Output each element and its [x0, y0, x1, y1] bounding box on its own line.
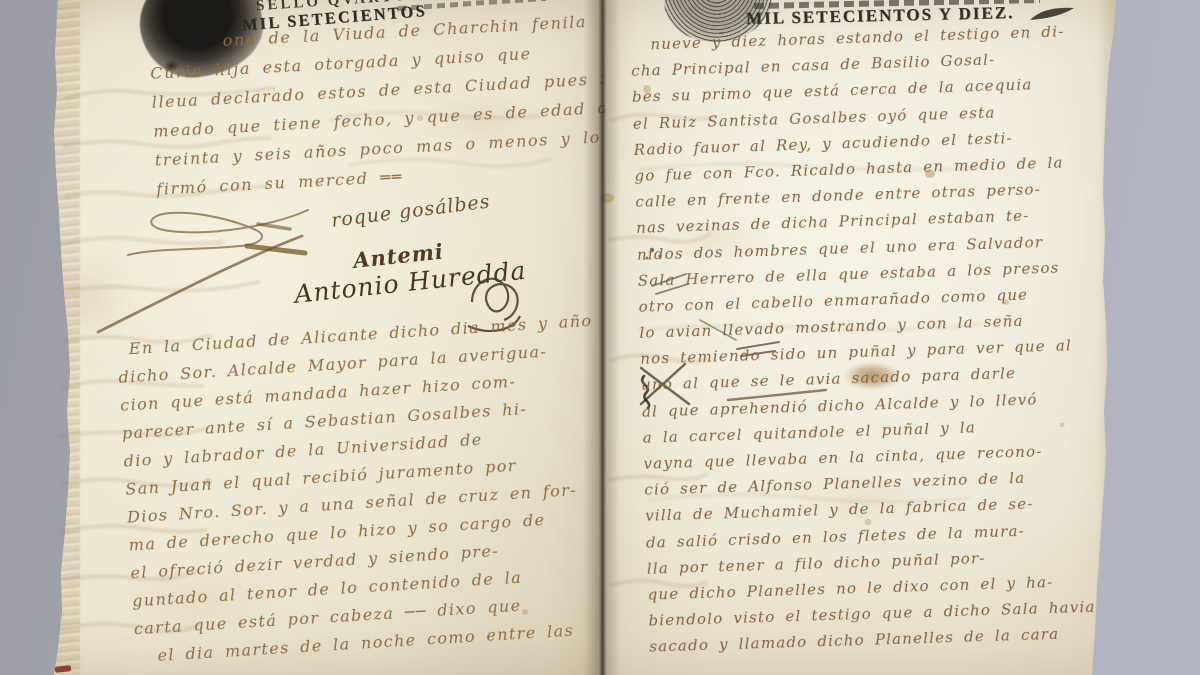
- left-page-body-paragraph: En la Ciudad de Alicante dicho dia mes y…: [116, 307, 618, 675]
- ink-stain-blot: [844, 362, 900, 390]
- right-page-body-paragraph: nueve y diez horas estando el testigo en…: [630, 17, 1130, 666]
- left-page-top-paragraph: ona de la Viuda de Charchin fenilaCuria …: [148, 6, 609, 209]
- book-gutter-fold-shadow: [584, 0, 620, 675]
- left-page-deckle-edge: [52, 0, 80, 675]
- manuscript-photo: SELLO QVARTO MIL SETECIENTOS MIL SETECIE…: [0, 0, 1200, 675]
